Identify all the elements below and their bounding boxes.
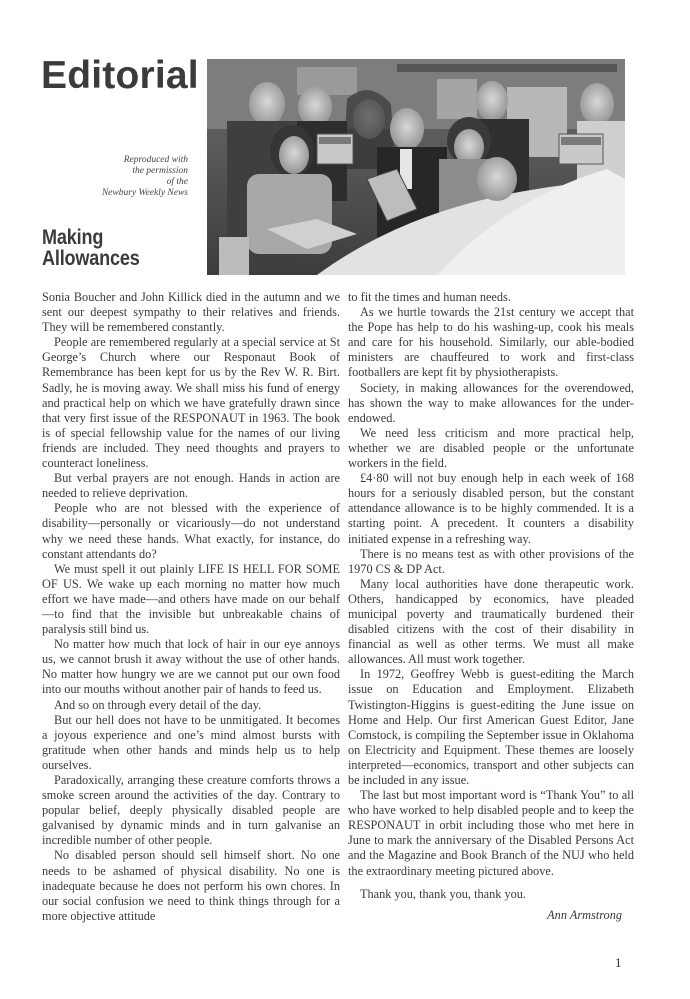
- paragraph: In 1972, Geoffrey Webb is guest-editing …: [348, 667, 634, 788]
- credit-line: the permission: [60, 166, 188, 177]
- paragraph: Sonia Boucher and John Killick died in t…: [42, 290, 340, 335]
- credit-line: of the: [60, 177, 188, 188]
- paragraph: Paradoxically, arranging these creature …: [42, 773, 340, 848]
- paragraph: But verbal prayers are not enough. Hands…: [42, 471, 340, 501]
- paragraph: And so on through every detail of the da…: [42, 698, 340, 713]
- paragraph: Society, in making allowances for the ov…: [348, 381, 634, 426]
- paragraph: As we hurtle towards the 21st century we…: [348, 305, 634, 380]
- paragraph: The last but most important word is “Tha…: [348, 788, 634, 879]
- photo-image: [207, 59, 625, 275]
- paragraph: £4·80 will not buy enough help in each w…: [348, 471, 634, 546]
- paragraph: But our hell does not have to be unmitig…: [42, 713, 340, 773]
- credit-line: Newbury Weekly News: [60, 188, 188, 199]
- paragraph: People who are not blessed with the expe…: [42, 501, 340, 561]
- page-number: 1: [615, 955, 622, 971]
- headline-line: Allowances: [42, 248, 140, 269]
- paragraph: There is no means test as with other pro…: [348, 547, 634, 577]
- headline-line: Making: [42, 227, 140, 248]
- paragraph: We need less criticism and more practica…: [348, 426, 634, 471]
- article-column-left: Sonia Boucher and John Killick died in t…: [42, 290, 340, 924]
- closing-line: Thank you, thank you, thank you.: [348, 887, 634, 902]
- paragraph: No matter how much that lock of hair in …: [42, 637, 340, 697]
- author-signature: Ann Armstrong: [348, 908, 634, 923]
- article-headline: Making Allowances: [42, 227, 140, 269]
- group-photograph: [207, 59, 625, 275]
- paragraph: Many local authorities have done therape…: [348, 577, 634, 668]
- page-title: Editorial: [41, 52, 199, 100]
- article-column-right: to fit the times and human needs. As we …: [348, 290, 634, 923]
- photo-credit: Reproduced with the permission of the Ne…: [60, 155, 188, 199]
- paragraph: We must spell it out plainly LIFE IS HEL…: [42, 562, 340, 637]
- paragraph: People are remembered regularly at a spe…: [42, 335, 340, 471]
- paragraph: to fit the times and human needs.: [348, 290, 634, 305]
- paragraph: No disabled person should sell himself s…: [42, 848, 340, 923]
- credit-line: Reproduced with: [60, 155, 188, 166]
